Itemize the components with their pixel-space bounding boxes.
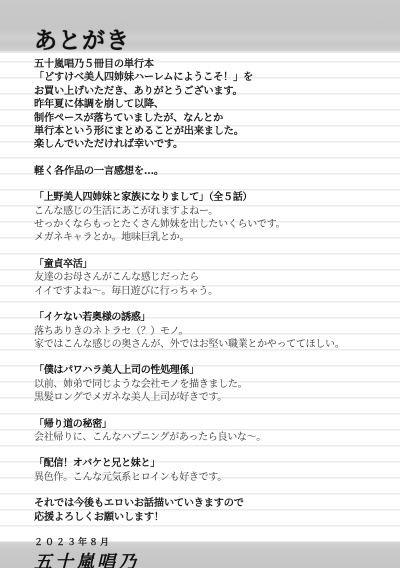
intro-line: お買い上げいただき、ありがとうございます。 — [34, 85, 384, 98]
afterword-body: 五十嵐唱乃５冊目の単行本 「どすけべ美人四姉妹ハーレムにようこそ！」を お買い上… — [34, 58, 384, 568]
closing-line: 応援よろしくお願いします！ — [34, 511, 384, 524]
work-comment-line: 黒髪ロングでメガネな美人上司が好きです。 — [34, 391, 384, 404]
work-comment-line: 友達のお母さんがこんな感じだったら — [34, 271, 384, 284]
page-title: あとがき — [34, 22, 130, 55]
work-comment-section: 「イケない若奥様の誘惑」 落ちありきのネトラセ（？）モノ。 家ではこんな感じの奥… — [34, 311, 384, 351]
spacer — [34, 178, 384, 191]
work-comment-section: 「僕はパワハラ美人上司の性処理係」 以前、姉弟で同じような会社モノを描きました。… — [34, 364, 384, 404]
work-title: 「配信！オバケと兄と妹と」 — [34, 457, 384, 470]
work-comment-section: 「配信！オバケと兄と妹と」 異色作。こんな元気系ヒロインも好きです。 — [34, 457, 384, 484]
closing-line: それでは今後もエロいお話描いていきますので — [34, 497, 384, 510]
work-comment-section: 「帰り道の秘密」 会社帰りに、こんなハプニングがあったら良いな〜。 — [34, 418, 384, 445]
intro-line: 単行本という形にまとめることが出来ました。 — [34, 125, 384, 138]
intro-line: 五十嵐唱乃５冊目の単行本 — [34, 58, 384, 71]
intro-line: 「どすけべ美人四姉妹ハーレムにようこそ！」を — [34, 71, 384, 84]
work-title: 「帰り道の秘密」 — [34, 418, 384, 431]
intro-line: 昨年夏に体調を崩して以降、 — [34, 98, 384, 111]
work-comment-line: 以前、姉弟で同じような会社モノを描きました。 — [34, 378, 384, 391]
work-comment-line: こんな感じの生活にあこがれますよねー。 — [34, 205, 384, 218]
work-title: 「イケない若奥様の誘惑」 — [34, 311, 384, 324]
closing-paragraph: それでは今後もエロいお話描いていきますので 応援よろしくお願いします！ — [34, 497, 384, 524]
work-comment-section: 「上野美人四姉妹と家族になりまして」（全５話） こんな感じの生活にあこがれますよ… — [34, 191, 384, 245]
intro-line: 制作ペースが落ちていましたが、なんとか — [34, 112, 384, 125]
intro-paragraph: 五十嵐唱乃５冊目の単行本 「どすけべ美人四姉妹ハーレムにようこそ！」を お買い上… — [34, 58, 384, 152]
lead-line: 軽く各作品の一言感想を…。 — [34, 165, 384, 178]
work-comment-line: イイですよね〜。毎日遊びに行っちゃう。 — [34, 285, 384, 298]
work-comment-line: せっかくならもっとたくさん姉妹を出したいくらいです。 — [34, 218, 384, 231]
work-title: 「僕はパワハラ美人上司の性処理係」 — [34, 364, 384, 377]
afterword-page: あとがき 五十嵐唱乃５冊目の単行本 「どすけべ美人四姉妹ハーレムにようこそ！」を… — [0, 0, 400, 568]
work-comment-line: メガネキャラとか。地味巨乳とか。 — [34, 231, 384, 244]
work-comment-line: 会社帰りに、こんなハプニングがあったら良いな〜。 — [34, 431, 384, 444]
work-comment-line: 異色作。こんな元気系ヒロインも好きです。 — [34, 471, 384, 484]
spacer — [34, 524, 384, 537]
work-comment-section: 「童貞卒活」 友達のお母さんがこんな感じだったら イイですよね〜。毎日遊びに行っ… — [34, 258, 384, 298]
work-comment-line: 落ちありきのネトラセ（？）モノ。 — [34, 325, 384, 338]
author-signature: 五十嵐唱乃 — [34, 552, 384, 568]
work-title: 「上野美人四姉妹と家族になりまして」（全５話） — [34, 191, 384, 204]
date-line: ２０２３年８月 — [34, 537, 384, 550]
intro-line: 楽しんでいただければ幸いです。 — [34, 138, 384, 151]
spacer — [34, 152, 384, 165]
work-title: 「童貞卒活」 — [34, 258, 384, 271]
work-comment-line: 家ではこんな感じの奥さんが、外ではお堅い職業とかやっててほしい。 — [34, 338, 384, 351]
